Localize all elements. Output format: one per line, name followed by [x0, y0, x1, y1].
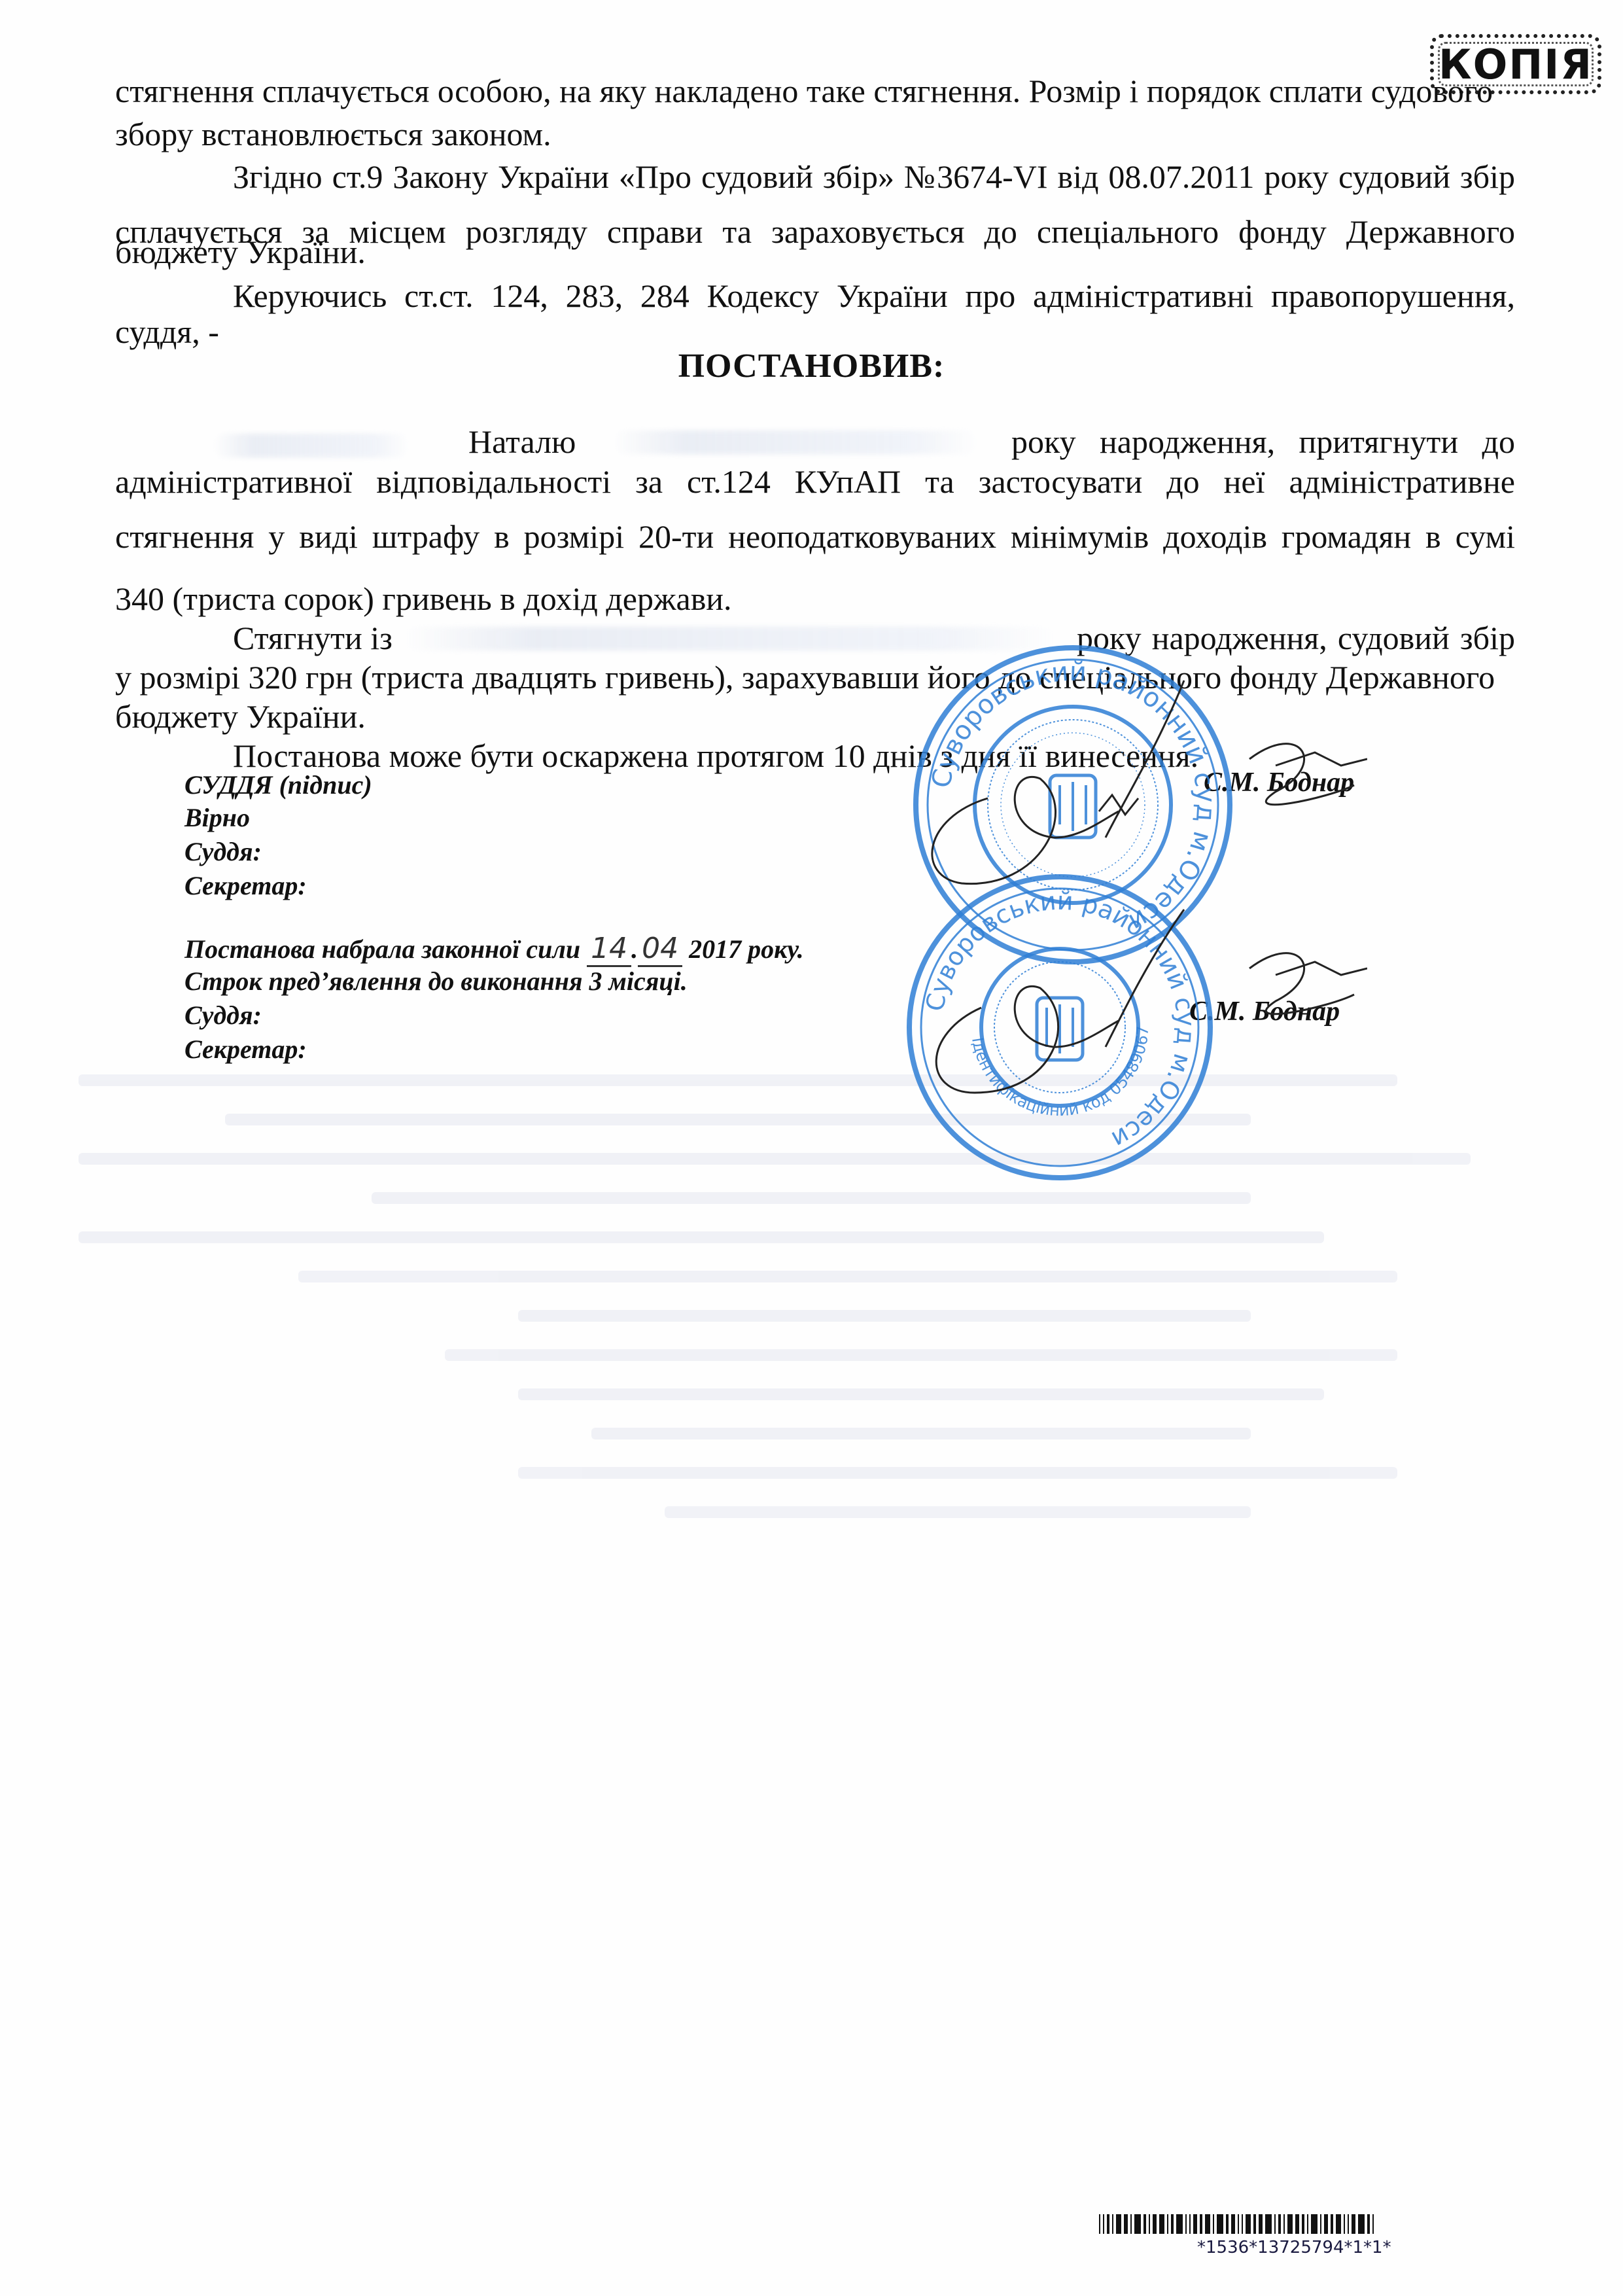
paragraph-3-last: суддя, - — [115, 313, 1515, 351]
paragraph-1-line-2: збору встановлюється законом. — [115, 115, 1515, 153]
judge-signature-label: СУДДЯ (підпис) — [184, 769, 372, 800]
ruling-2-start: Стягнути із — [233, 620, 393, 656]
effective-month-handwritten: 04 — [638, 932, 682, 967]
ruling-1-last: 340 (триста сорок) гривень в дохід держа… — [115, 580, 1515, 618]
ruling-2-line-1: Стягнути із року народження, судовий збі… — [115, 619, 1515, 657]
handwritten-signatures — [909, 667, 1367, 1165]
effective-day-handwritten: 14 — [587, 932, 631, 967]
secretary-label: Секретар: — [184, 870, 307, 901]
effective-suffix: 2017 року. — [689, 934, 804, 964]
document-barcode — [1099, 2214, 1603, 2234]
judge-label: Суддя: — [184, 836, 262, 867]
paragraph-1-line-1: стягнення сплачується особою, на яку нак… — [115, 72, 1515, 110]
enforcement-term: Строк пред’явлення до виконання 3 місяці… — [184, 966, 688, 997]
reverse-side-bleedthrough — [79, 1047, 1544, 1898]
redacted-patronymic-dob — [612, 431, 979, 454]
true-copy-label: Вірно — [184, 802, 250, 833]
barcode-text: *1536*13725794*1*1* — [1197, 2238, 1391, 2257]
effective-date-line: Постанова набрала законної сили 14.04 20… — [184, 932, 804, 965]
paragraph-2-last: бюджету України. — [115, 233, 1515, 271]
judge-label-2: Суддя: — [184, 1000, 262, 1031]
effective-prefix: Постанова набрала законної сили — [184, 934, 580, 964]
ruling-1-body: адміністративної відповідальності за ст.… — [115, 454, 1515, 564]
document-page: КОПІЯ стягнення сплачується особою, на я… — [0, 0, 1623, 2296]
ruling-heading: ПОСТАНОВИВ: — [0, 347, 1623, 385]
